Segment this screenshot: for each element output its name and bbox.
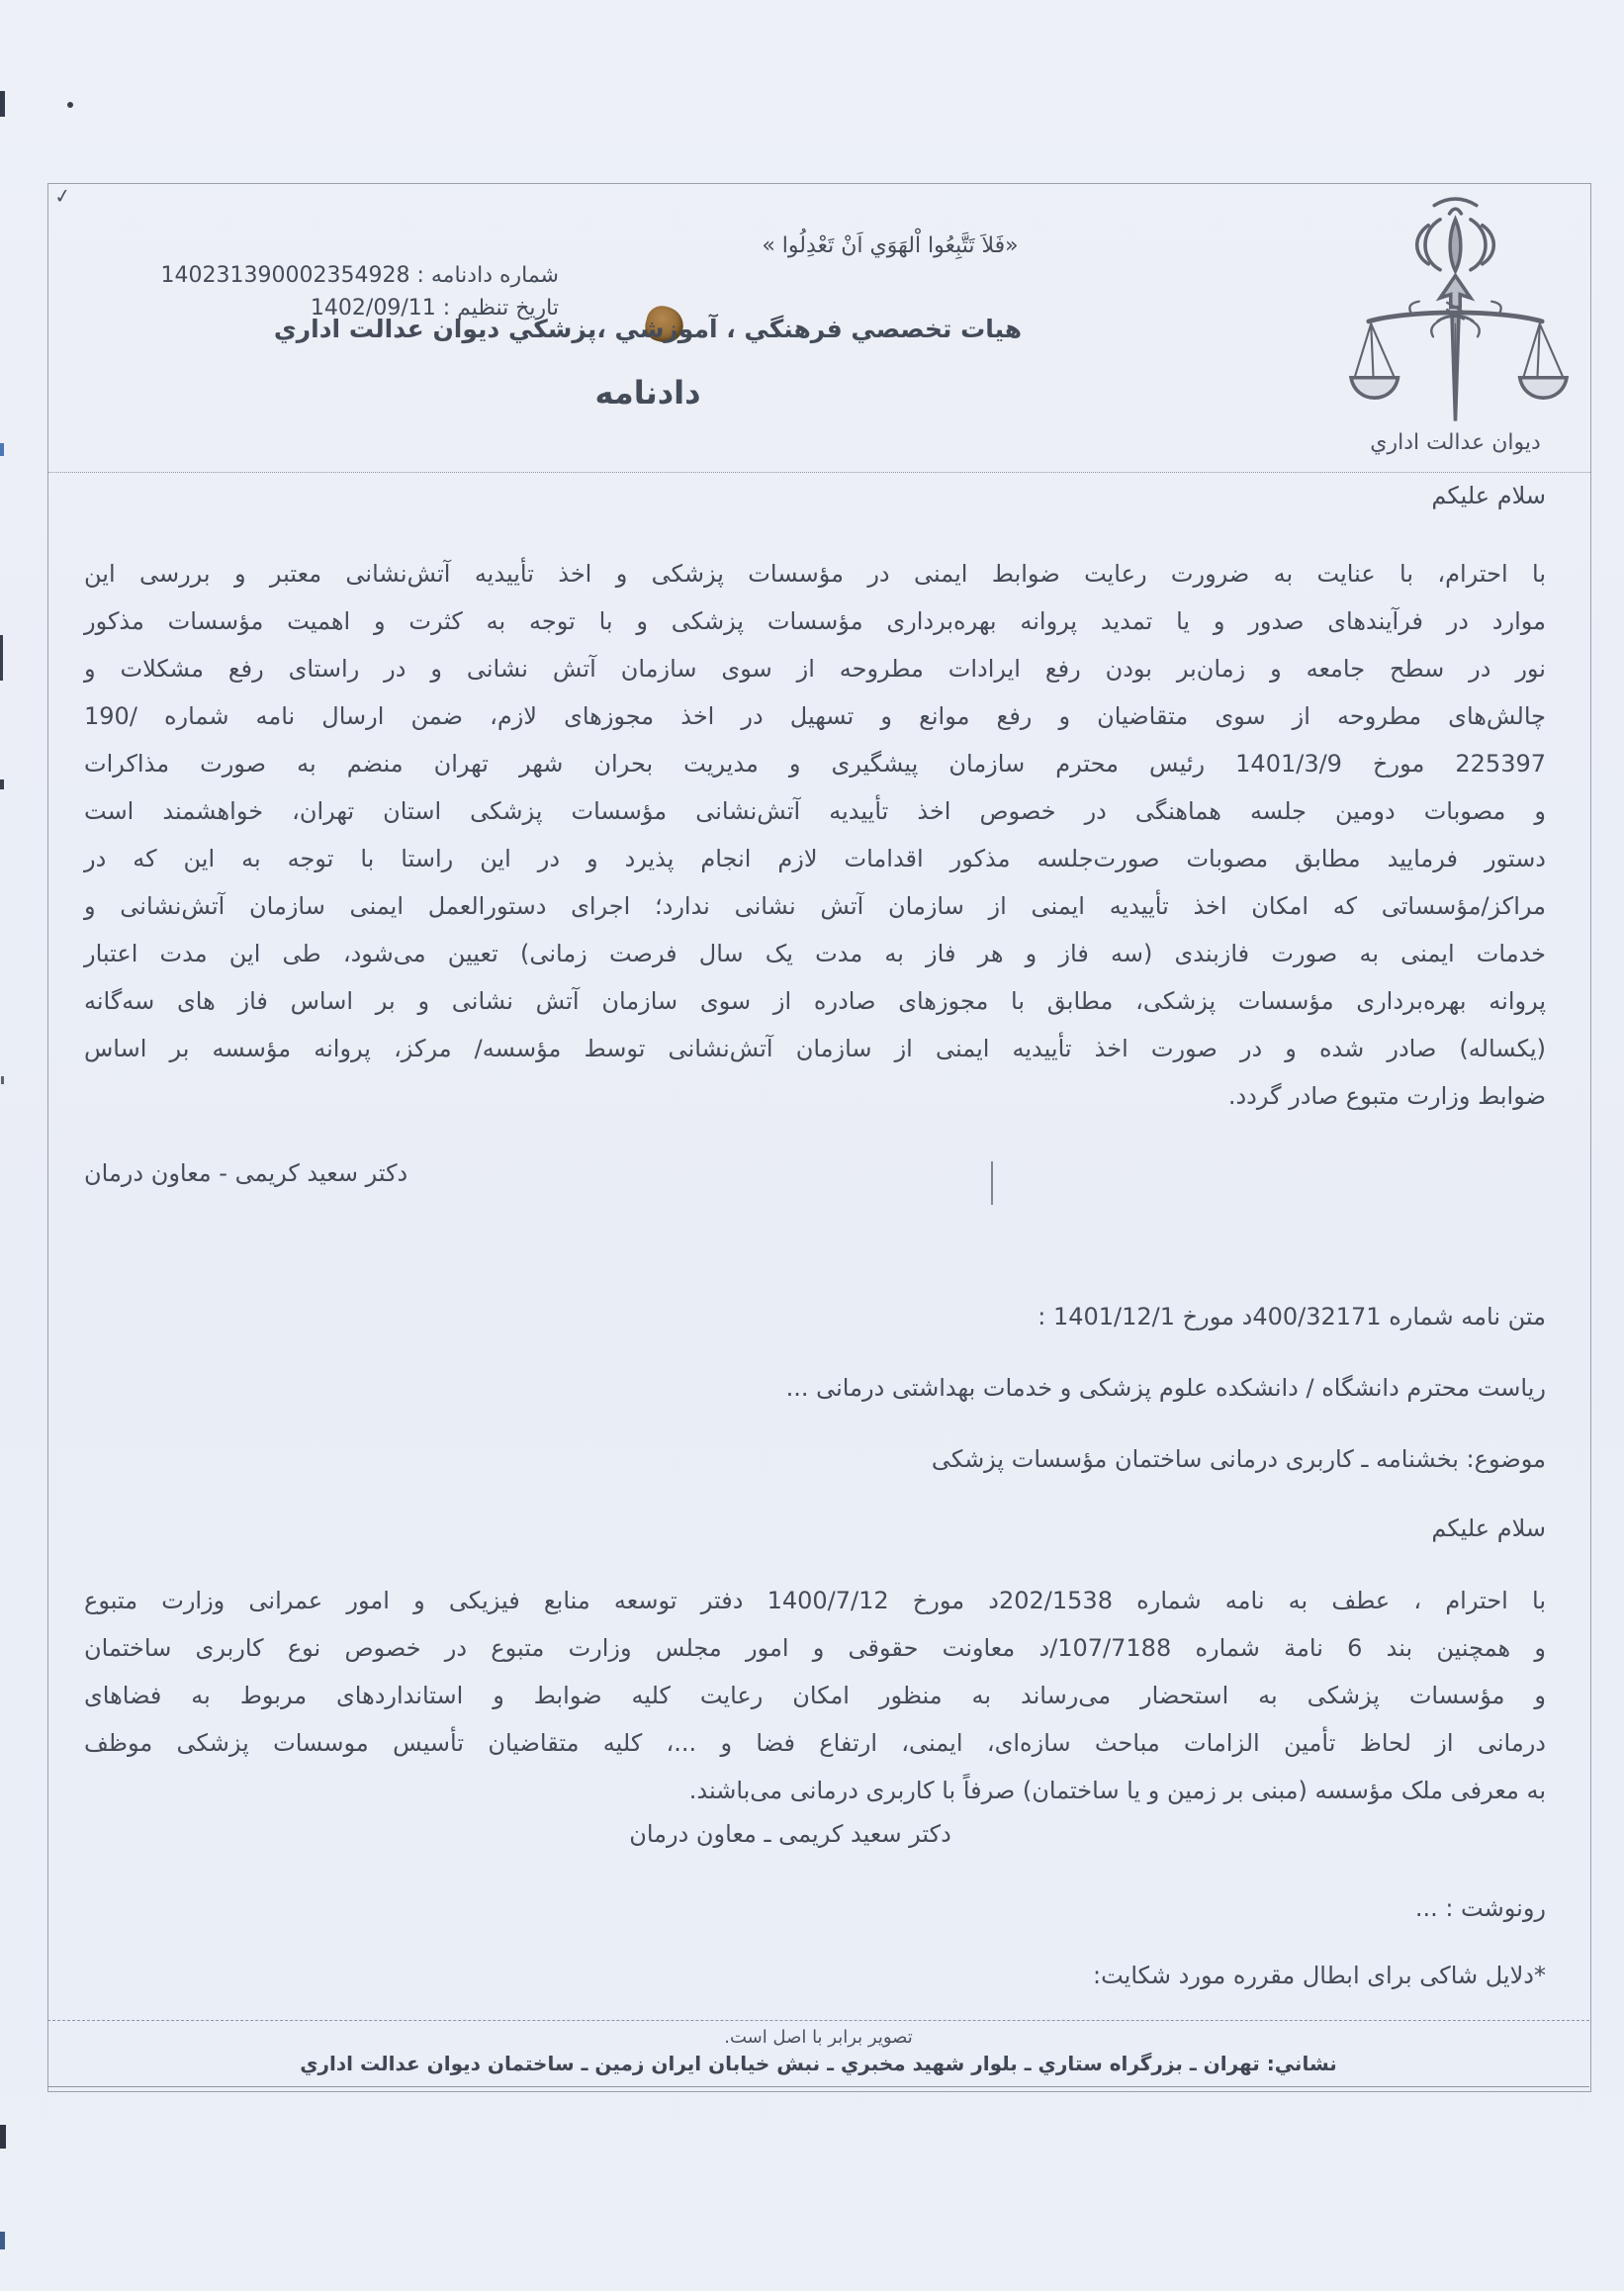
scan-artifact-checkmark: ✓ xyxy=(52,183,72,209)
paragraph-line: چالش‌های مطروحه از سوی متقاضیان و رفع مو… xyxy=(84,692,1546,740)
court-emblem-block: دیوان عدالت اداري xyxy=(1320,185,1590,472)
certified-copy-note: تصویر برابر با اصل است. xyxy=(47,2027,1589,2048)
signature-text: دکتر سعید کریمی - معاون درمان xyxy=(84,1159,407,1187)
paragraph-line: مراکز/مؤسساتی که امکان اخذ تأییدیه ایمنی… xyxy=(84,882,1546,930)
signature-deputy-treatment: دکتر سعید کریمی - معاون درمان xyxy=(84,1159,1447,1187)
scan-artifact-edge xyxy=(0,2232,5,2249)
footer-strip: تصویر برابر با اصل است. نشاني: تهران ـ ب… xyxy=(47,2020,1589,2087)
letter-reference-line: متن نامه شماره 400/32171د مورخ 1401/12/1… xyxy=(84,1302,1546,1331)
paragraph-1: با احترام، با عنایت به ضرورت رعایت ضوابط… xyxy=(84,550,1546,1120)
scan-artifact-edge xyxy=(0,443,4,456)
paragraph-line: با احترام ، عطف به نامه شماره 202/1538د … xyxy=(84,1577,1546,1624)
salutation: سلام علیکم xyxy=(84,1513,1546,1543)
scan-artifact-edge xyxy=(1,1076,4,1084)
paragraph-line: نور در سطح جامعه و زمان‌بر بودن رفع ایرا… xyxy=(84,645,1546,692)
scan-artifact-dot xyxy=(67,102,73,108)
scan-artifact-edge xyxy=(0,91,5,117)
quran-quote: «فَلاَ تَتَّبِعُوا اْلهَوَي اَنْ تَعْدِل… xyxy=(692,233,1088,258)
paragraph-line: دستور فرمایید مطابق مصوبات صورت‌جلسه مذک… xyxy=(84,835,1546,882)
paragraph-line: ضوابط وزارت متبوع صادر گردد. xyxy=(84,1072,1546,1120)
scan-artifact-edge xyxy=(0,2125,6,2149)
paragraph-line: 225397 مورخ 1401/3/9 رئیس محترم سازمان پ… xyxy=(84,740,1546,787)
document-type-title: دادنامه xyxy=(74,374,1221,412)
justice-scales-emblem-icon xyxy=(1338,189,1573,436)
emblem-caption: دیوان عدالت اداري xyxy=(1320,430,1590,455)
subject-line: موضوع: بخشنامه ـ کاربری درمانی ساختمان م… xyxy=(84,1444,1546,1474)
complaint-reasons-heading: *دلایل شاکی برای ابطال مقرره مورد شکایت: xyxy=(84,1961,1546,1990)
scan-artifact-edge xyxy=(0,635,3,681)
paragraph-line: و مصوبات دومین جلسه هماهنگی در خصوص اخذ … xyxy=(84,787,1546,835)
paragraph-line: و همچنین بند 6 نامة شماره 107/7188/د معا… xyxy=(84,1624,1546,1672)
paragraph-line: خدمات ایمنی به صورت فازبندی (سه فاز و هر… xyxy=(84,930,1546,977)
signature-deputy-treatment: دکتر سعید کریمی ـ معاون درمان xyxy=(59,1820,1521,1848)
paragraph-line: موارد در فرآیندهای صدور و یا تمدید پروان… xyxy=(84,597,1546,645)
header-separator xyxy=(47,472,1590,473)
paragraph-line: و مؤسسات پزشکی به استحضار می‌رساند به من… xyxy=(84,1672,1546,1719)
copy-note: رونوشت : ... xyxy=(84,1893,1546,1923)
paragraph-line: (یکساله) صادر شده و در صورت اخذ تأییدیه … xyxy=(84,1025,1546,1072)
salutation: سلام علیکم xyxy=(84,481,1546,510)
paragraph-line: پروانه بهره‌برداری مؤسسات پزشکی، مطابق ب… xyxy=(84,977,1546,1025)
paragraph-line: به معرفی ملک مؤسسه (مبنی بر زمین و یا سا… xyxy=(84,1767,1546,1814)
committee-title: هیات تخصصي فرهنگي ، آموزشي ،پزشکي دیوان … xyxy=(74,315,1221,343)
paragraph-2: با احترام ، عطف به نامه شماره 202/1538د … xyxy=(84,1577,1546,1814)
paragraph-line: درمانی از لحاظ تأمین الزامات مباحث سازه‌… xyxy=(84,1719,1546,1767)
doc-number-line: شماره دادنامه : 140231390002354928 xyxy=(138,259,559,292)
scan-artifact-edge xyxy=(0,779,4,789)
court-address: نشاني: تهران ـ بزرگراه ستاري ـ بلوار شهی… xyxy=(47,2052,1589,2075)
addressee-line: ریاست محترم دانشگاه / دانشکده علوم پزشکی… xyxy=(84,1373,1546,1403)
paragraph-line: با احترام، با عنایت به ضرورت رعایت ضوابط… xyxy=(84,550,1546,597)
